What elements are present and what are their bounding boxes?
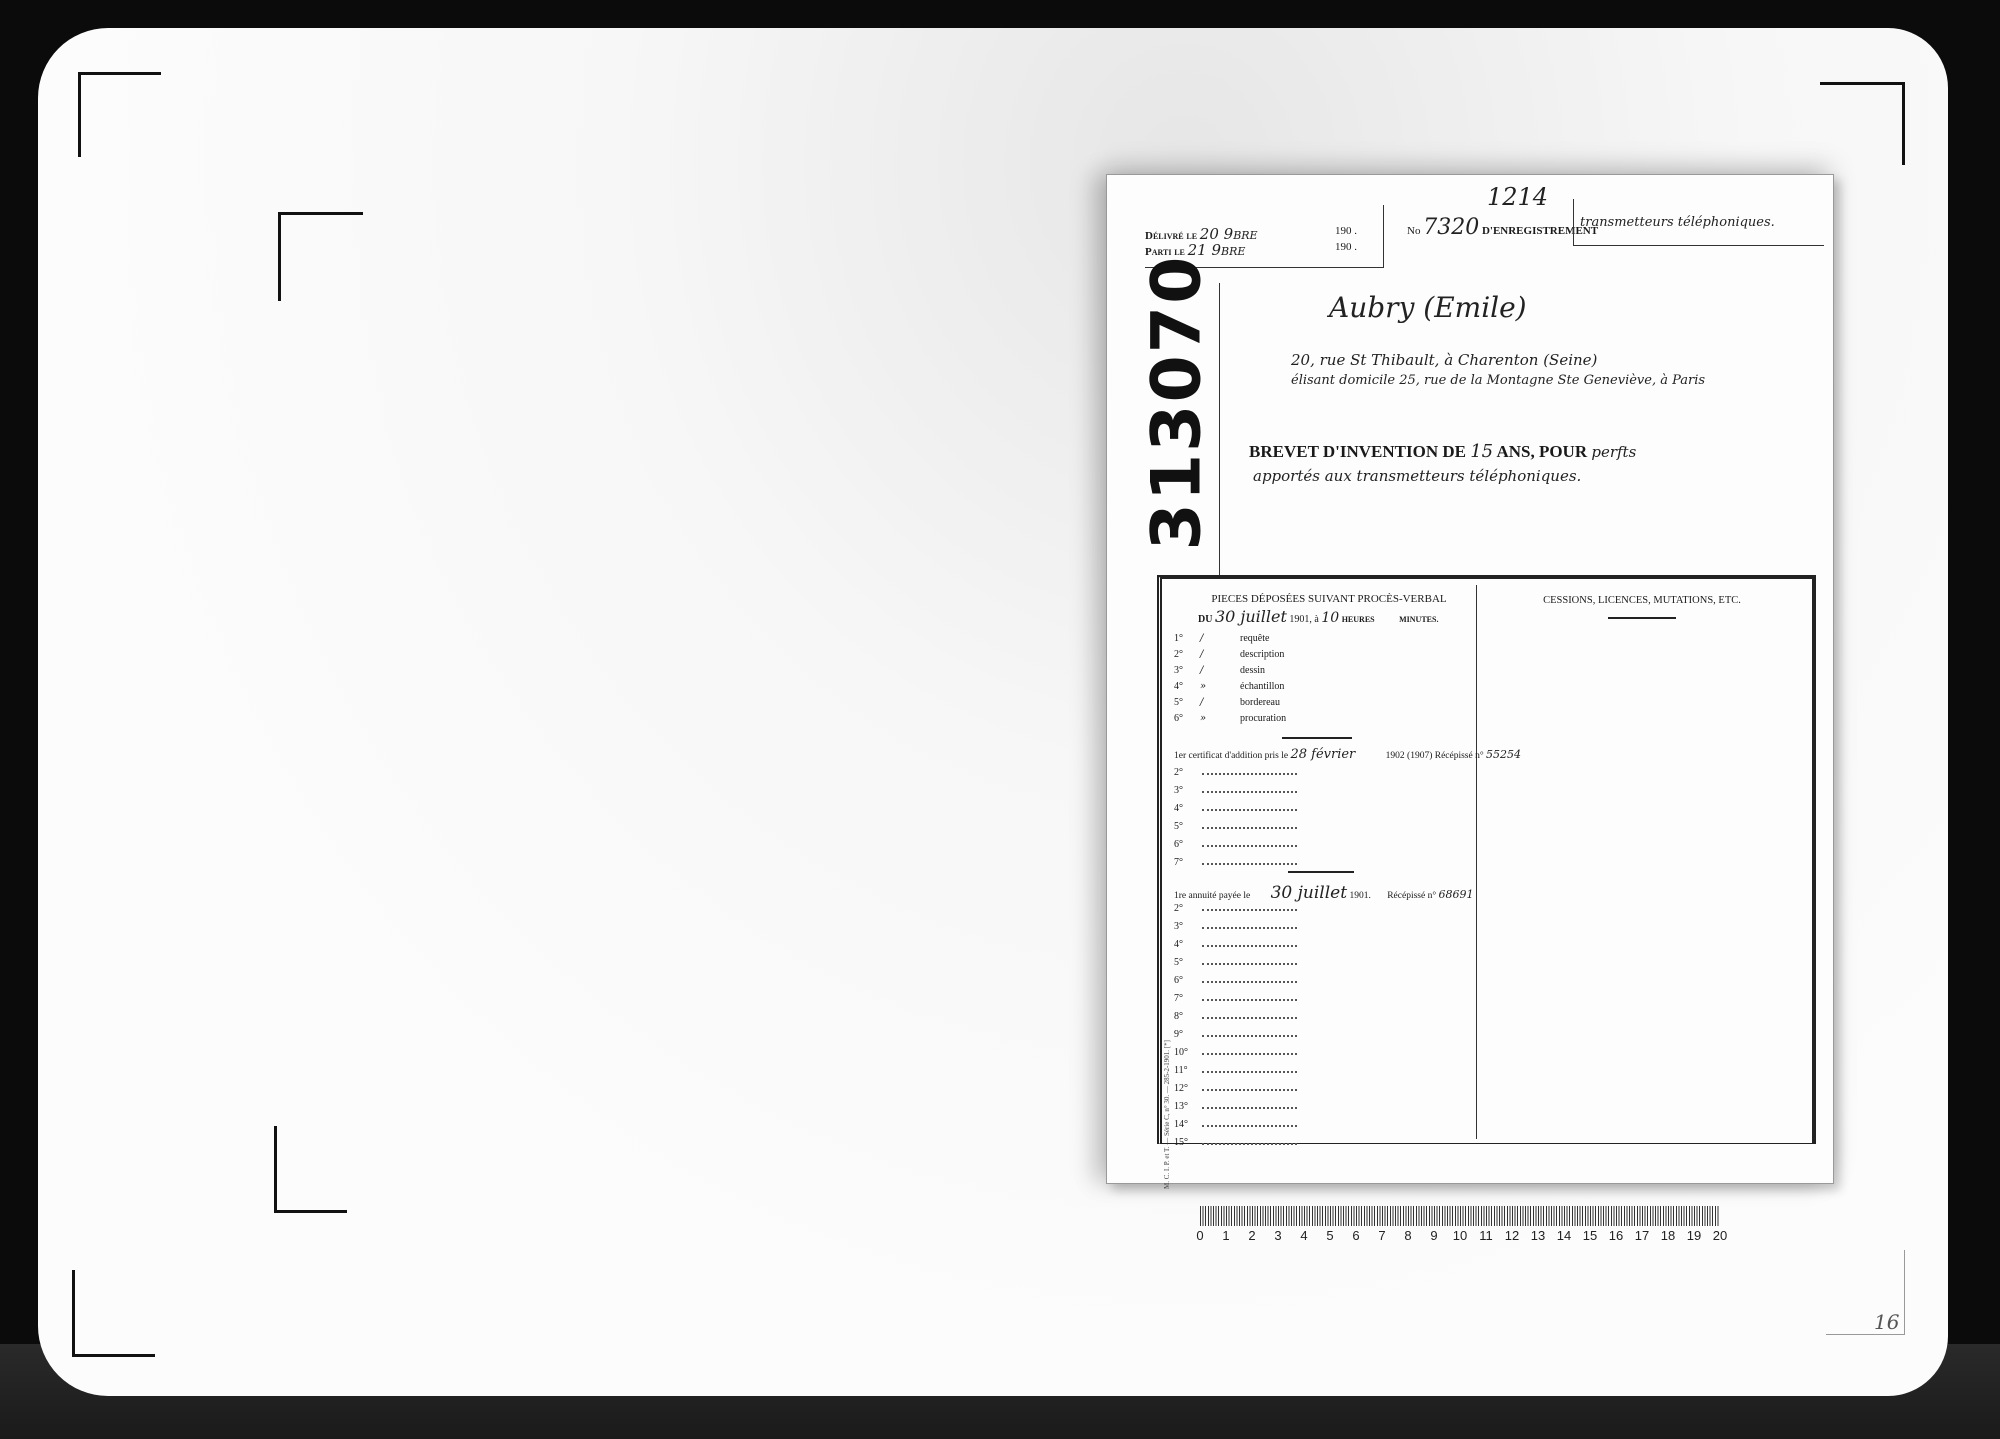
ruler-ticks xyxy=(1200,1206,1720,1226)
ruler-label: 7 xyxy=(1378,1228,1385,1243)
piece-row: 6°»procuration xyxy=(1174,711,1286,727)
ruler-label: 16 xyxy=(1609,1228,1623,1243)
piece-mark: / xyxy=(1200,663,1240,679)
row-number: 12° xyxy=(1174,1081,1200,1097)
piece-label: description xyxy=(1240,649,1284,660)
ruler-label: 13 xyxy=(1531,1228,1545,1243)
dotted-blank xyxy=(1202,1097,1297,1109)
crop-mark-bottom-left-inner xyxy=(274,1126,347,1213)
annuity-row: 13° xyxy=(1174,1097,1297,1115)
measurement-ruler: 01234567891011121314151617181920 xyxy=(1200,1206,1720,1252)
dotted-blank xyxy=(1202,853,1297,865)
ruler-label: 19 xyxy=(1687,1228,1701,1243)
annuity-row: 11° xyxy=(1174,1061,1297,1079)
ruler-label: 12 xyxy=(1505,1228,1519,1243)
annuity-row: 7° xyxy=(1174,989,1297,1007)
row-number: 2° xyxy=(1174,901,1200,917)
piece-number: 2° xyxy=(1174,647,1200,663)
ruler-label: 4 xyxy=(1300,1228,1307,1243)
row-number: 7° xyxy=(1174,855,1200,871)
row-number: 14° xyxy=(1174,1117,1200,1133)
registration-number-value: 7320 xyxy=(1423,215,1479,240)
annuity-row: 4° xyxy=(1174,935,1297,953)
subject: transmetteurs téléphoniques. xyxy=(1580,215,1775,230)
row-number: 11° xyxy=(1174,1063,1200,1079)
applicant-name: Aubry (Emile) xyxy=(1329,291,1527,324)
row-number: 5° xyxy=(1174,955,1200,971)
certificate-row: 4° xyxy=(1174,799,1297,817)
row-number: 3° xyxy=(1174,783,1200,799)
applicant-address-2: élisant domicile 25, rue de la Montagne … xyxy=(1291,373,1705,388)
certificate-first: 1er certificat d'addition pris le 28 fév… xyxy=(1174,747,1521,762)
dotted-blank xyxy=(1202,835,1297,847)
patent-title-line2: apportés aux transmetteurs téléphoniques… xyxy=(1253,467,1581,485)
crop-mark-top-left-inner xyxy=(278,212,363,301)
column-divider xyxy=(1476,585,1477,1139)
row-number: 8° xyxy=(1174,1009,1200,1025)
ruler-label: 17 xyxy=(1635,1228,1649,1243)
crop-mark-top-right-outer xyxy=(1820,82,1905,165)
row-number: 7° xyxy=(1174,991,1200,1007)
row-number: 4° xyxy=(1174,937,1200,953)
ruler-label: 11 xyxy=(1479,1228,1493,1243)
annuity-row: 8° xyxy=(1174,1007,1297,1025)
subject-box: transmetteurs téléphoniques. xyxy=(1573,199,1824,246)
row-number: 3° xyxy=(1174,919,1200,935)
cessions-separator xyxy=(1608,617,1676,619)
dotted-blank xyxy=(1202,917,1297,929)
dotted-blank xyxy=(1202,799,1297,811)
piece-number: 6° xyxy=(1174,711,1200,727)
ruler-label: 8 xyxy=(1404,1228,1411,1243)
ruler-label: 15 xyxy=(1583,1228,1597,1243)
pieces-list: 1°/requête2°/description3°/dessin4°»écha… xyxy=(1174,631,1286,727)
certificate-row: 7° xyxy=(1174,853,1297,871)
row-number: 10° xyxy=(1174,1045,1200,1061)
ruler-label: 18 xyxy=(1661,1228,1675,1243)
piece-row: 3°/dessin xyxy=(1174,663,1286,679)
dotted-blank xyxy=(1202,935,1297,947)
cessions-heading: CESSIONS, LICENCES, MUTATIONS, ETC. xyxy=(1482,595,1802,606)
row-number: 6° xyxy=(1174,973,1200,989)
record-table: PIECES DÉPOSÉES SUIVANT PROCÈS-VERBAL DU… xyxy=(1157,575,1816,1144)
certificate-row: 5° xyxy=(1174,817,1297,835)
piece-row: 2°/description xyxy=(1174,647,1286,663)
dotted-blank xyxy=(1202,971,1297,983)
year-prefix-2: 190 . xyxy=(1335,241,1357,253)
pieces-date-line: DU 30 juillet 1901, à 10 HEURES MINUTES. xyxy=(1198,607,1438,626)
dotted-blank xyxy=(1202,989,1297,1001)
year-prefix-1: 190 . xyxy=(1335,225,1357,237)
row-number: 5° xyxy=(1174,819,1200,835)
piece-mark: » xyxy=(1200,679,1240,695)
dotted-blank xyxy=(1202,1061,1297,1073)
ruler-label: 2 xyxy=(1248,1228,1255,1243)
piece-label: dessin xyxy=(1240,665,1265,676)
annuity-row: 2° xyxy=(1174,899,1297,917)
dotted-blank xyxy=(1202,1115,1297,1127)
piece-number: 3° xyxy=(1174,663,1200,679)
piece-label: bordereau xyxy=(1240,697,1280,708)
patent-record-sheet: Délivré le 20 9bre Parti le 21 9bre 190 … xyxy=(1106,174,1834,1184)
row-number: 9° xyxy=(1174,1027,1200,1043)
dotted-blank xyxy=(1202,781,1297,793)
ruler-label: 10 xyxy=(1453,1228,1467,1243)
piece-mark: / xyxy=(1200,647,1240,663)
ruler-label: 6 xyxy=(1352,1228,1359,1243)
piece-number: 5° xyxy=(1174,695,1200,711)
pieces-separator xyxy=(1282,737,1352,739)
record-number-note: 1214 xyxy=(1487,183,1548,211)
row-number: 2° xyxy=(1174,765,1200,781)
ruler-label: 3 xyxy=(1274,1228,1281,1243)
margin-rule xyxy=(1219,283,1220,575)
certificate-row: 3° xyxy=(1174,781,1297,799)
certificate-separator xyxy=(1288,871,1354,873)
ruler-label: 1 xyxy=(1222,1228,1229,1243)
certificate-row: 6° xyxy=(1174,835,1297,853)
piece-row: 1°/requête xyxy=(1174,631,1286,647)
piece-label: requête xyxy=(1240,633,1269,644)
printer-note: M. C. I. P. et T. — Série C, n° 30. — 28… xyxy=(1163,929,1171,1189)
crop-mark-bottom-left-outer xyxy=(72,1270,155,1357)
certificate-row: 2° xyxy=(1174,763,1297,781)
dotted-blank xyxy=(1202,1025,1297,1037)
ruler-label: 14 xyxy=(1557,1228,1571,1243)
ruler-label: 20 xyxy=(1713,1228,1727,1243)
piece-mark: / xyxy=(1200,695,1240,711)
annuity-row: 14° xyxy=(1174,1115,1297,1133)
crop-mark-top-left-outer xyxy=(78,72,161,157)
ruler-label: 0 xyxy=(1196,1228,1203,1243)
pieces-heading: PIECES DÉPOSÉES SUIVANT PROCÈS-VERBAL xyxy=(1184,593,1474,605)
annuity-list: 2°3°4°5°6°7°8°9°10°11°12°13°14°15° xyxy=(1174,899,1297,1151)
row-number: 13° xyxy=(1174,1099,1200,1115)
duration-years: 15 xyxy=(1470,441,1493,462)
applicant-address-1: 20, rue St Thibault, à Charenton (Seine) xyxy=(1291,351,1597,369)
ruler-label: 9 xyxy=(1430,1228,1437,1243)
piece-number: 1° xyxy=(1174,631,1200,647)
certificate-list: 2°3°4°5°6°7° xyxy=(1174,763,1297,871)
row-number: 15° xyxy=(1174,1135,1200,1151)
registration-number: No 7320 D'ENREGISTREMENT xyxy=(1407,215,1598,240)
piece-label: échantillon xyxy=(1240,681,1284,692)
annuity-row: 5° xyxy=(1174,953,1297,971)
piece-mark: / xyxy=(1200,631,1240,647)
patent-number: 313070 xyxy=(1138,271,1217,551)
row-number: 4° xyxy=(1174,801,1200,817)
annuity-row: 3° xyxy=(1174,917,1297,935)
dotted-blank xyxy=(1202,1043,1297,1055)
annuity-row: 10° xyxy=(1174,1043,1297,1061)
dotted-blank xyxy=(1202,1079,1297,1091)
dotted-blank xyxy=(1202,763,1297,775)
piece-row: 4°»échantillon xyxy=(1174,679,1286,695)
frame-number: 16 xyxy=(1874,1310,1899,1334)
dotted-blank xyxy=(1202,1133,1297,1145)
dotted-blank xyxy=(1202,899,1297,911)
dotted-blank xyxy=(1202,1007,1297,1019)
ruler-label: 5 xyxy=(1326,1228,1333,1243)
piece-label: procuration xyxy=(1240,713,1286,724)
piece-mark: » xyxy=(1200,711,1240,727)
patent-title: BREVET D'INVENTION DE 15 ANS, POUR perft… xyxy=(1249,441,1636,462)
piece-number: 4° xyxy=(1174,679,1200,695)
annuity-row: 6° xyxy=(1174,971,1297,989)
dotted-blank xyxy=(1202,817,1297,829)
annuity-row: 9° xyxy=(1174,1025,1297,1043)
row-number: 6° xyxy=(1174,837,1200,853)
piece-row: 5°/bordereau xyxy=(1174,695,1286,711)
dotted-blank xyxy=(1202,953,1297,965)
annuity-row: 15° xyxy=(1174,1133,1297,1151)
annuity-row: 12° xyxy=(1174,1079,1297,1097)
